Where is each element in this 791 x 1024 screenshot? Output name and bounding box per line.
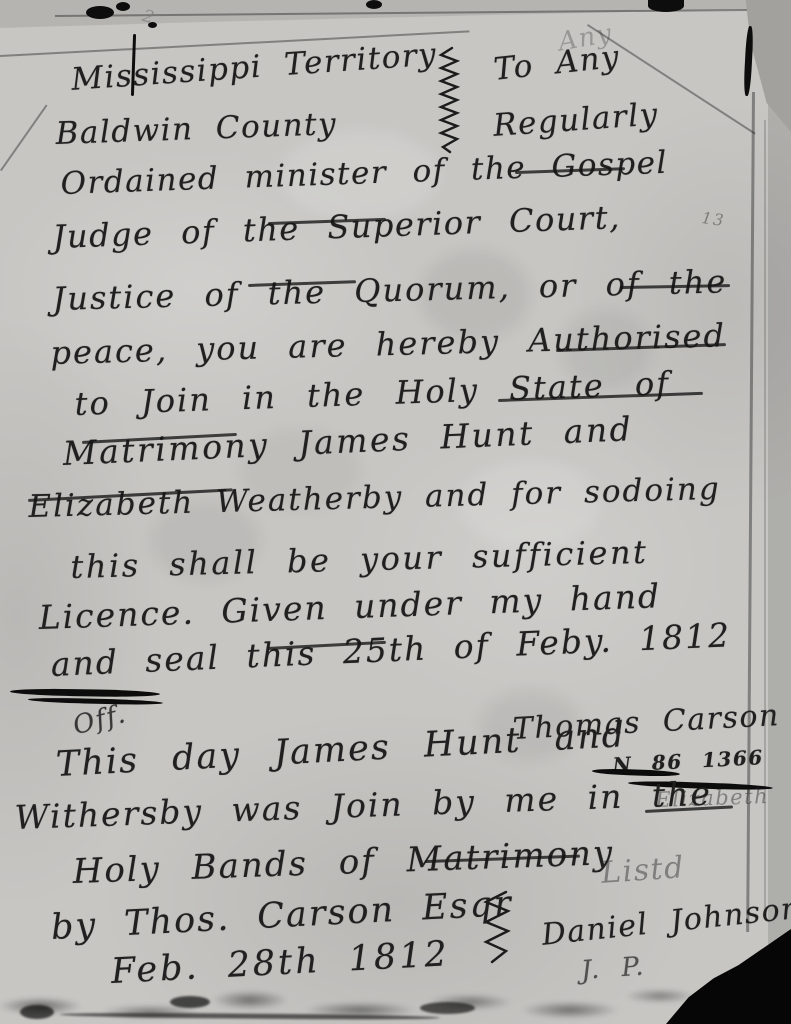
ink-blob-top-left-1 (86, 6, 114, 19)
body-line: Justice of the Quorum, or of the (52, 262, 728, 318)
place-line-territory: Mississippi Territory (70, 36, 438, 97)
ink-blob-top-left-2 (116, 2, 130, 11)
bottom-ink-blob (170, 996, 210, 1008)
brace-squiggle (436, 46, 462, 154)
torn-paper-right-shade (768, 0, 791, 1024)
crease-left-corner (0, 104, 47, 170)
certification-line: This day James Hunt and (55, 715, 627, 785)
pencil-mark: 13 (700, 208, 726, 230)
certification-line: Withersby was Join by me in the (14, 774, 712, 837)
scanned-document-page: 2 Mississippi Territory Baldwin County A… (0, 0, 791, 1024)
heavy-ink-dash (10, 688, 160, 698)
signature-daniel-johnson: Daniel Johnson (540, 891, 791, 953)
flourish-mark: Off. (70, 699, 130, 741)
address-line-regularly: Regularly (492, 96, 660, 143)
body-line: Elizabeth Weatherby and for sodoing (28, 471, 721, 525)
heavy-ink-dash (28, 697, 163, 706)
certification-line: Holy Bands of Matrimony (72, 833, 615, 892)
ink-blob-top-center (366, 0, 382, 9)
bottom-ink-blob (20, 1005, 54, 1019)
faint-word-listd: Listd (600, 850, 686, 891)
torn-paper-flap-top-right (733, 0, 791, 132)
ink-streak-top-right (743, 26, 754, 96)
ink-wedge-top (648, 0, 684, 12)
address-line-to-any: To Any (492, 39, 622, 88)
place-line-county: Baldwin County (55, 106, 338, 152)
bottom-ink-blob (420, 1002, 475, 1014)
esquire-squiggle (478, 888, 512, 968)
